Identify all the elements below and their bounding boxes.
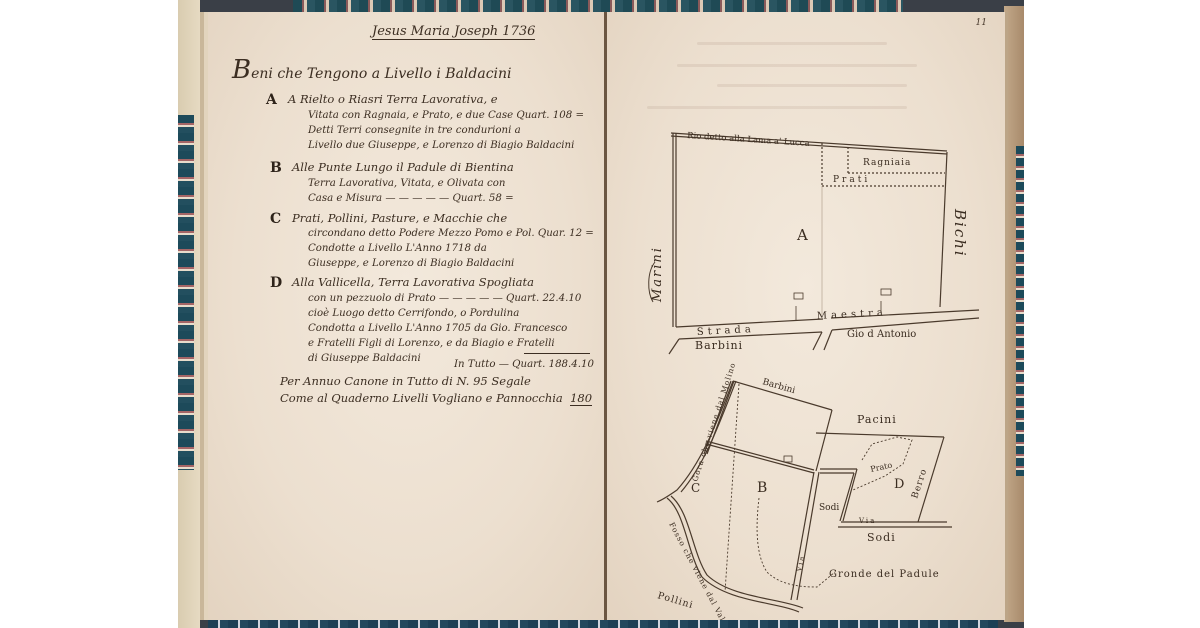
label-gora: Gora che viene dal Molino bbox=[690, 361, 737, 483]
entry-b-line: Terra Lavorativa, Vitata, e Olivata con bbox=[308, 178, 505, 189]
label-marini: Marini bbox=[650, 246, 665, 303]
map-drawing: Rio detto alla Lama a' Lucca Ragniaia Pr… bbox=[607, 12, 1005, 620]
label-barbini-upper: Barbini bbox=[761, 377, 796, 396]
entry-d-line: Condotta a Livello L'Anno 1705 da Gio. F… bbox=[308, 323, 567, 334]
label-prato: Prato bbox=[870, 461, 894, 474]
marbled-cover-left bbox=[178, 115, 194, 470]
entry-d-line: e Fratelli Figli di Lorenzo, e da Biagio… bbox=[308, 338, 555, 349]
entry-a-line: A Rielto o Riasri Terra Lavorativa, e bbox=[288, 92, 498, 106]
entry-letter-b: B bbox=[270, 160, 282, 176]
sum-rule bbox=[524, 353, 590, 354]
heading: Beni che Tengono a Livello i Baldacini bbox=[232, 55, 512, 85]
property-map: Rio detto alla Lama a' Lucca Ragniaia Pr… bbox=[607, 12, 1005, 620]
label-ragnaia: Ragniaia bbox=[863, 158, 911, 168]
entry-d-line: di Giuseppe Baldacini bbox=[308, 353, 421, 364]
entry-c-line: Condotte a Livello L'Anno 1718 da bbox=[308, 243, 487, 254]
book-scan: Jesus Maria Joseph 1736 Beni che Tengono… bbox=[178, 0, 1024, 628]
entry-a-line: Detti Terri consegnite in tre condurioni… bbox=[308, 125, 521, 136]
entry-c-line: Prati, Pollini, Pasture, e Macchie che bbox=[292, 211, 507, 225]
label-prati: Prati bbox=[833, 175, 870, 185]
total-line: In Tutto — Quart. 188.4.10 bbox=[454, 359, 594, 370]
parcel-c-label: C bbox=[691, 481, 700, 495]
heading-initial: B bbox=[232, 55, 251, 85]
reference-line: Come al Quaderno Livelli Vogliano e Pann… bbox=[280, 391, 592, 405]
label-pacini: Pacini bbox=[857, 413, 897, 426]
label-via-horizontal: Via bbox=[858, 517, 876, 525]
entry-c-line: circondano detto Podere Mezzo Pomo e Pol… bbox=[308, 228, 594, 239]
title-text: Jesus Maria Joseph 1736 bbox=[372, 24, 535, 40]
parcel-d-label: D bbox=[894, 477, 904, 492]
canone-line: Per Annuo Canone in Tutto di N. 95 Segal… bbox=[280, 374, 531, 388]
entry-d-line: con un pezzuolo di Prato — — — — — Quart… bbox=[308, 293, 581, 304]
label-gio-antonio: Gio d Antonio bbox=[847, 329, 916, 340]
entry-c-line: Giuseppe, e Lorenzo di Biagio Baldacini bbox=[308, 258, 514, 269]
entry-d-line: Alla Vallicella, Terra Lavorativa Spogli… bbox=[292, 275, 534, 289]
label-pollini: Pollini bbox=[656, 590, 695, 611]
reference-text: Come al Quaderno Livelli Vogliano e Pann… bbox=[280, 391, 563, 405]
heading-text: eni che Tengono a Livello i Baldacini bbox=[251, 66, 511, 82]
left-page: Jesus Maria Joseph 1736 Beni che Tengono… bbox=[200, 12, 609, 620]
entry-a-line: Vitata con Ragnaia, e Prato, e due Case … bbox=[308, 110, 584, 121]
entry-letter-c: C bbox=[270, 211, 281, 227]
label-sodi-left: Sodi bbox=[819, 503, 839, 513]
label-sodi-bottom: Sodi bbox=[867, 531, 896, 544]
entry-d-line: cioè Luogo detto Cerrifondo, o Pordulina bbox=[308, 308, 519, 319]
label-bichi: Bichi bbox=[951, 208, 969, 258]
label-gronde: Gronde del Padule bbox=[829, 569, 940, 580]
entry-b-line: Casa e Misura — — — — — Quart. 58 = bbox=[308, 193, 514, 204]
reference-number: 180 bbox=[570, 391, 592, 406]
entry-letter-d: D bbox=[270, 275, 282, 291]
label-barbini-lower: Barbini bbox=[695, 339, 743, 352]
label-maestra: Maestra bbox=[817, 307, 887, 322]
label-via-vertical: Via bbox=[795, 554, 807, 574]
page-title: Jesus Maria Joseph 1736 bbox=[372, 24, 535, 39]
parcel-b-label: B bbox=[757, 480, 767, 496]
right-page: 11 bbox=[607, 12, 1008, 620]
entry-a-line: Livello due Giuseppe, e Lorenzo di Biagi… bbox=[308, 140, 574, 151]
cover-left-edge bbox=[178, 0, 200, 628]
parcel-a-label: A bbox=[796, 226, 808, 244]
entry-letter-a: A bbox=[266, 92, 277, 108]
label-river: Rio detto alla Lama a' Lucca bbox=[687, 131, 810, 149]
entry-b-line: Alle Punte Lungo il Padule di Bientina bbox=[292, 160, 514, 174]
marbled-cover-right bbox=[1016, 146, 1024, 476]
